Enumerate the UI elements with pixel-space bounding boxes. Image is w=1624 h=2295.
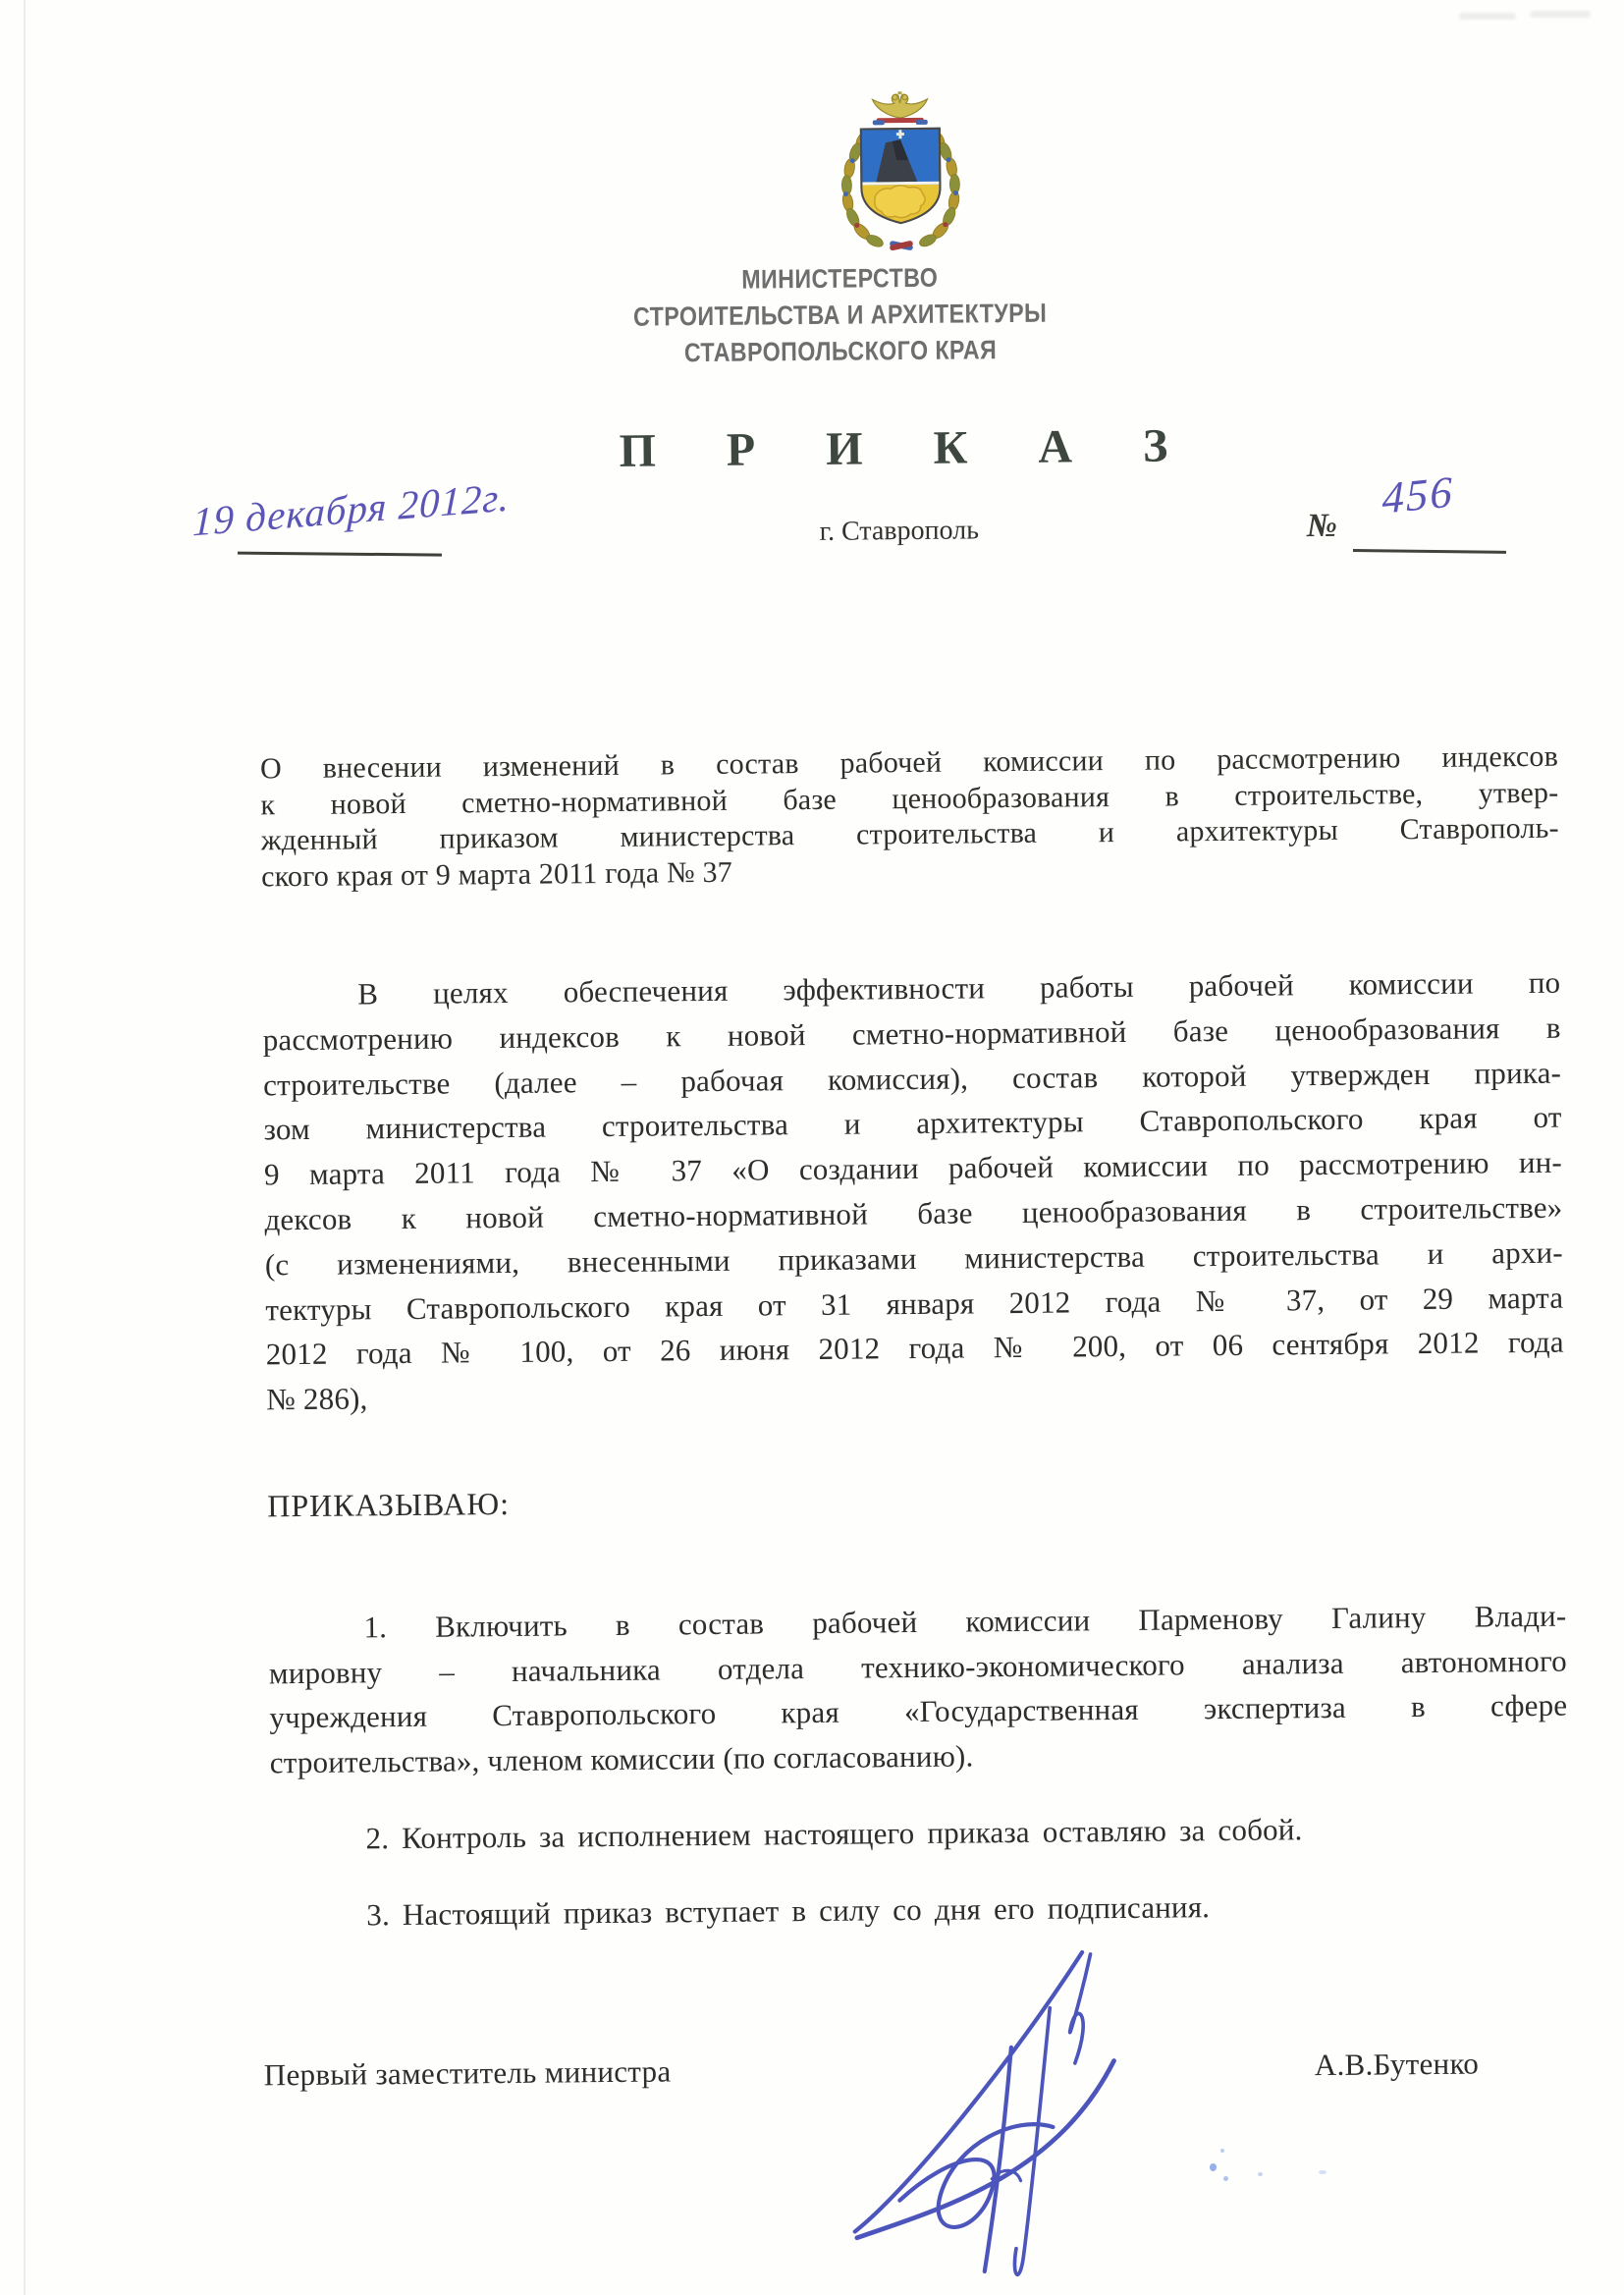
date-underline <box>238 552 442 557</box>
double-headed-eagle-icon <box>872 91 927 119</box>
ministry-name-line-1: МИНИСТЕРСТВО <box>561 258 1118 300</box>
order-item-3: 3. Настоящий приказ вступает в силу со д… <box>271 1886 1569 1935</box>
doc-title: О внесении изменений в состав рабочей ко… <box>260 739 1559 896</box>
document-content: МИНИСТЕРСТВО СТРОИТЕЛЬСТВА И АРХИТЕКТУРЫ… <box>0 0 1624 2295</box>
number-sign: № <box>1307 508 1337 545</box>
preamble: В целях обеспечения эффективности работы… <box>262 960 1564 1423</box>
ministry-name: МИНИСТЕРСТВО СТРОИТЕЛЬСТВА И АРХИТЕКТУРЫ… <box>561 258 1119 372</box>
ribbon-icon <box>873 118 928 126</box>
doc-type-heading: П Р И К А З <box>569 418 1218 478</box>
order-item-2: 2. Контроль за исполнением настоящего пр… <box>270 1810 1568 1858</box>
wreath-knot <box>890 241 914 251</box>
signature-scribble <box>835 1940 1132 2281</box>
handwritten-date: 19 декабря 2012г. <box>192 468 566 545</box>
shield <box>861 129 941 224</box>
order-word: ПРИКАЗЫВАЮ: <box>267 1486 510 1524</box>
order-item-1: 1. Включить в состав рабочей комиссии Па… <box>268 1594 1568 1785</box>
document-page: МИНИСТЕРСТВО СТРОИТЕЛЬСТВА И АРХИТЕКТУРЫ… <box>0 0 1624 2295</box>
number-underline <box>1353 549 1506 554</box>
stavropol-coat-of-arms-icon <box>819 90 982 267</box>
signature-name: А.В.Бутенко <box>1315 2047 1480 2084</box>
ministry-name-line-3: СТАВРОПОЛЬСКОГО КРАЯ <box>562 331 1119 372</box>
signature-position: Первый заместитель министра <box>264 2053 672 2093</box>
city-line: г. Ставрополь <box>752 515 1047 549</box>
handwritten-number: 456 <box>1381 465 1454 523</box>
ministry-name-line-2: СТРОИТЕЛЬСТВА И АРХИТЕКТУРЫ <box>562 295 1119 336</box>
